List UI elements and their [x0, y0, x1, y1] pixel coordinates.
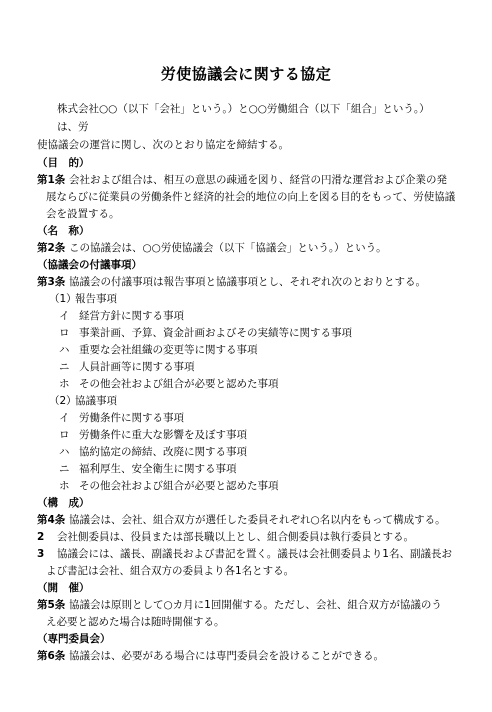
article-label: 第5条	[37, 597, 69, 614]
article-4-para-2: 2会社側委員は、役員または部長職以上とし、組合側委員は執行委員とする。	[37, 529, 457, 546]
heading-committees: （専門委員会）	[37, 631, 457, 648]
item-mark: イ	[59, 410, 79, 427]
article-4-para-3: 3協議会には、議長、副議長および書記を置く。議長は会社側委員より1名、副議長お	[37, 546, 457, 563]
article-1: 第1条会社および組合は、相互の意思の疎通を図り、経営の円滑な運営および企業の発	[37, 172, 457, 189]
article-text: この協議会は、○○労使協議会（以下「協議会」という。）という。	[69, 242, 387, 254]
document-title: 労使協議会に関する協定	[0, 63, 492, 84]
item-mark: ニ	[59, 359, 79, 376]
list-item: ロ事業計画、予算、資金計画およびその実績等に関する事項	[37, 325, 457, 342]
list-item: イ経営方針に関する事項	[37, 308, 457, 325]
article-2: 第2条この協議会は、○○労使協議会（以下「協議会」という。）という。	[37, 240, 457, 257]
subsection-label: 報告事項	[75, 293, 117, 305]
preamble-line-2: 使協議会の運営に関し、次のとおり協定を締結する。	[37, 136, 437, 154]
article-label: 第1条	[37, 172, 69, 189]
item-text: その他会社および組合が必要と認めた事項	[79, 378, 279, 390]
article-4: 第4条協議会は、会社、組合双方が選任した委員それぞれ○名以内をもって構成する。	[37, 512, 457, 529]
article-1-cont: 会を設置する。	[37, 206, 457, 223]
item-text: その他会社および組合が必要と認めた事項	[79, 480, 279, 492]
paragraph-number: 2	[37, 529, 57, 546]
subsection-number: （1）	[49, 291, 75, 308]
preamble-line-1: 株式会社○○（以下「会社」という。）と○○労働組合（以下「組合」という。）は、労	[37, 100, 437, 136]
subsection-label: 協議事項	[75, 395, 117, 407]
item-mark: ハ	[59, 342, 79, 359]
subsection-report: （1）報告事項	[37, 291, 457, 308]
article-5-cont: え必要と認めた場合は随時開催する。	[37, 614, 457, 631]
item-text: 福利厚生、安全衛生に関する事項	[79, 463, 237, 475]
list-item: ホその他会社および組合が必要と認めた事項	[37, 376, 457, 393]
list-item: ニ福利厚生、安全衛生に関する事項	[37, 461, 457, 478]
item-text: 労働条件に重大な影響を及ぼす事項	[79, 429, 247, 441]
article-label: 第3条	[37, 274, 69, 291]
preamble: 株式会社○○（以下「会社」という。）と○○労働組合（以下「組合」という。）は、労…	[37, 100, 437, 154]
item-text: 労働条件に関する事項	[79, 412, 184, 424]
list-item: ニ人員計画等に関する事項	[37, 359, 457, 376]
article-6: 第6条協議会は、必要がある場合には専門委員会を設けることができる。	[37, 648, 457, 665]
item-text: 重要な会社組織の変更等に関する事項	[79, 344, 258, 356]
list-item: ハ協約協定の締結、改廃に関する事項	[37, 444, 457, 461]
list-item: ホその他会社および組合が必要と認めた事項	[37, 478, 457, 495]
heading-name: （名 称）	[37, 223, 457, 240]
list-item: ロ労働条件に重大な影響を及ぼす事項	[37, 427, 457, 444]
heading-agenda: （協議会の付議事項）	[37, 257, 457, 274]
list-item: イ労働条件に関する事項	[37, 410, 457, 427]
article-label: 第6条	[37, 648, 69, 665]
item-mark: ロ	[59, 325, 79, 342]
article-text: 協議会は原則として○カ月に1回開催する。ただし、会社、組合双方が協議のう	[69, 599, 442, 611]
item-mark: ホ	[59, 376, 79, 393]
list-item: ハ重要な会社組織の変更等に関する事項	[37, 342, 457, 359]
document-body: （目 的） 第1条会社および組合は、相互の意思の疎通を図り、経営の円滑な運営およ…	[37, 155, 457, 665]
article-text: 協議会の付議事項は報告事項と協議事項とし、それぞれ次のとおりとする。	[69, 276, 426, 288]
subsection-number: （2）	[49, 393, 75, 410]
item-text: 協約協定の締結、改廃に関する事項	[79, 446, 247, 458]
article-4-para-3-cont: よび書記は会社、組合双方の委員より各1名とする。	[37, 563, 457, 580]
article-1-cont: 展ならびに従業員の労働条件と経済的社会的地位の向上を図る目的をもって、労使協議	[37, 189, 457, 206]
heading-composition: （構 成）	[37, 495, 457, 512]
paragraph-text: 協議会には、議長、副議長および書記を置く。議長は会社側委員より1名、副議長お	[57, 548, 452, 560]
heading-purpose: （目 的）	[37, 155, 457, 172]
item-mark: ホ	[59, 478, 79, 495]
heading-meetings: （開 催）	[37, 580, 457, 597]
paragraph-text: 会社側委員は、役員または部長職以上とし、組合側委員は執行委員とする。	[57, 531, 414, 543]
item-text: 経営方針に関する事項	[79, 310, 184, 322]
item-mark: ニ	[59, 461, 79, 478]
item-text: 人員計画等に関する事項	[79, 361, 195, 373]
paragraph-number: 3	[37, 546, 57, 563]
article-label: 第4条	[37, 512, 69, 529]
article-text: 協議会は、必要がある場合には専門委員会を設けることができる。	[69, 650, 384, 662]
article-3: 第3条協議会の付議事項は報告事項と協議事項とし、それぞれ次のとおりとする。	[37, 274, 457, 291]
article-label: 第2条	[37, 240, 69, 257]
item-text: 事業計画、予算、資金計画およびその実績等に関する事項	[79, 327, 352, 339]
article-5: 第5条協議会は原則として○カ月に1回開催する。ただし、会社、組合双方が協議のう	[37, 597, 457, 614]
item-mark: イ	[59, 308, 79, 325]
article-text: 会社および組合は、相互の意思の疎通を図り、経営の円滑な運営および企業の発	[69, 174, 447, 186]
subsection-consult: （2）協議事項	[37, 393, 457, 410]
item-mark: ハ	[59, 444, 79, 461]
item-mark: ロ	[59, 427, 79, 444]
article-text: 協議会は、会社、組合双方が選任した委員それぞれ○名以内をもって構成する。	[69, 514, 446, 526]
